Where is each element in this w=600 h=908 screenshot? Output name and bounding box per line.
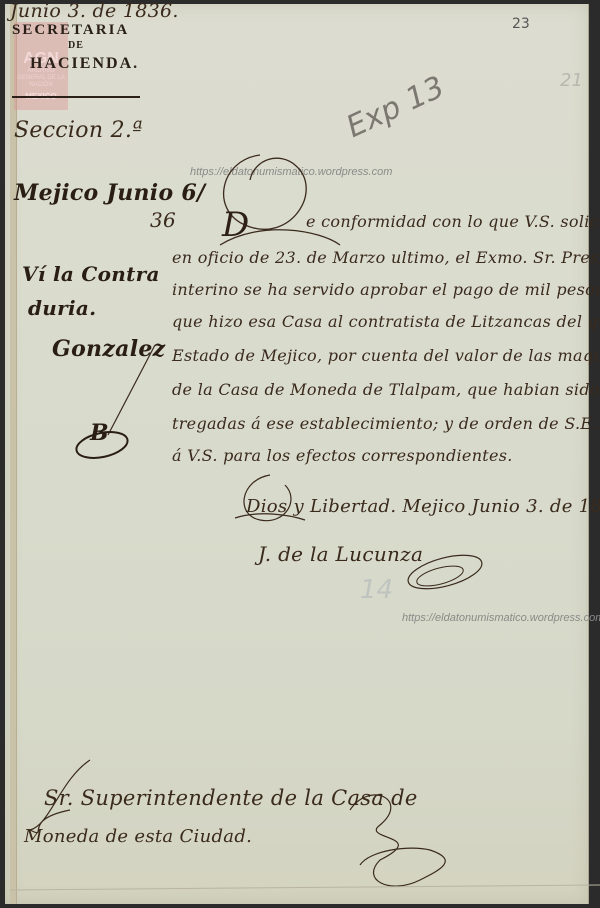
- body-line-6: de la Casa de Moneda de Tlalpam, que hab…: [172, 380, 600, 399]
- body-line-4: que hizo esa Casa al contratista de Litz…: [172, 312, 600, 331]
- margin-initials: B: [90, 420, 109, 446]
- header-divider: [12, 96, 140, 98]
- addressee-line-2: Moneda de esta Ciudad.: [24, 826, 252, 847]
- body-line-8: á V.S. para los efectos correspondientes…: [172, 446, 513, 465]
- folio-number: 23: [512, 16, 530, 32]
- margin-reference-year: 36: [150, 208, 176, 232]
- closing-salutation: Dios y Libertad. Mejico Junio 3. de 1836…: [246, 496, 600, 517]
- section-label: Seccion 2.ª: [14, 118, 143, 143]
- rubric-flourish-icon: [70, 340, 160, 460]
- margin-note-line-2: duria.: [28, 296, 96, 320]
- ministry-line-2: DE: [68, 40, 84, 51]
- watermark-url: https://eldatonumismatico.wordpress.com: [402, 612, 600, 624]
- official-signature: J. de la Lucunza: [258, 542, 423, 566]
- body-line-1: e conformidad con lo que V.S. solicita: [306, 212, 600, 231]
- addressee-line-1: Sr. Superintendente de la Casa de: [44, 786, 418, 810]
- faint-pencil-mark: 21: [560, 70, 583, 91]
- body-line-7: tregadas á ese establecimiento; y de ord…: [172, 414, 600, 433]
- body-initial-letter: D: [222, 205, 250, 245]
- addressee-flourish-icon: [10, 740, 600, 900]
- body-line-3: interino se ha servido aprobar el pago d…: [172, 280, 600, 299]
- body-line-2: en oficio de 23. de Marzo ultimo, el Exm…: [172, 248, 600, 267]
- margin-note-line-1: Ví la Contra: [22, 262, 160, 286]
- faint-pencil-mark-2: 14: [360, 575, 393, 605]
- ministry-line-1: SECRETARIA: [12, 22, 129, 39]
- margin-reference: Mejico Junio 6/: [14, 180, 205, 206]
- body-line-5: Estado de Mejico, por cuenta del valor d…: [172, 346, 600, 365]
- ministry-line-3: HACIENDA.: [30, 55, 139, 73]
- header-date: Junio 3. de 1836.: [10, 0, 179, 22]
- signature-flourish-icon: [400, 540, 490, 600]
